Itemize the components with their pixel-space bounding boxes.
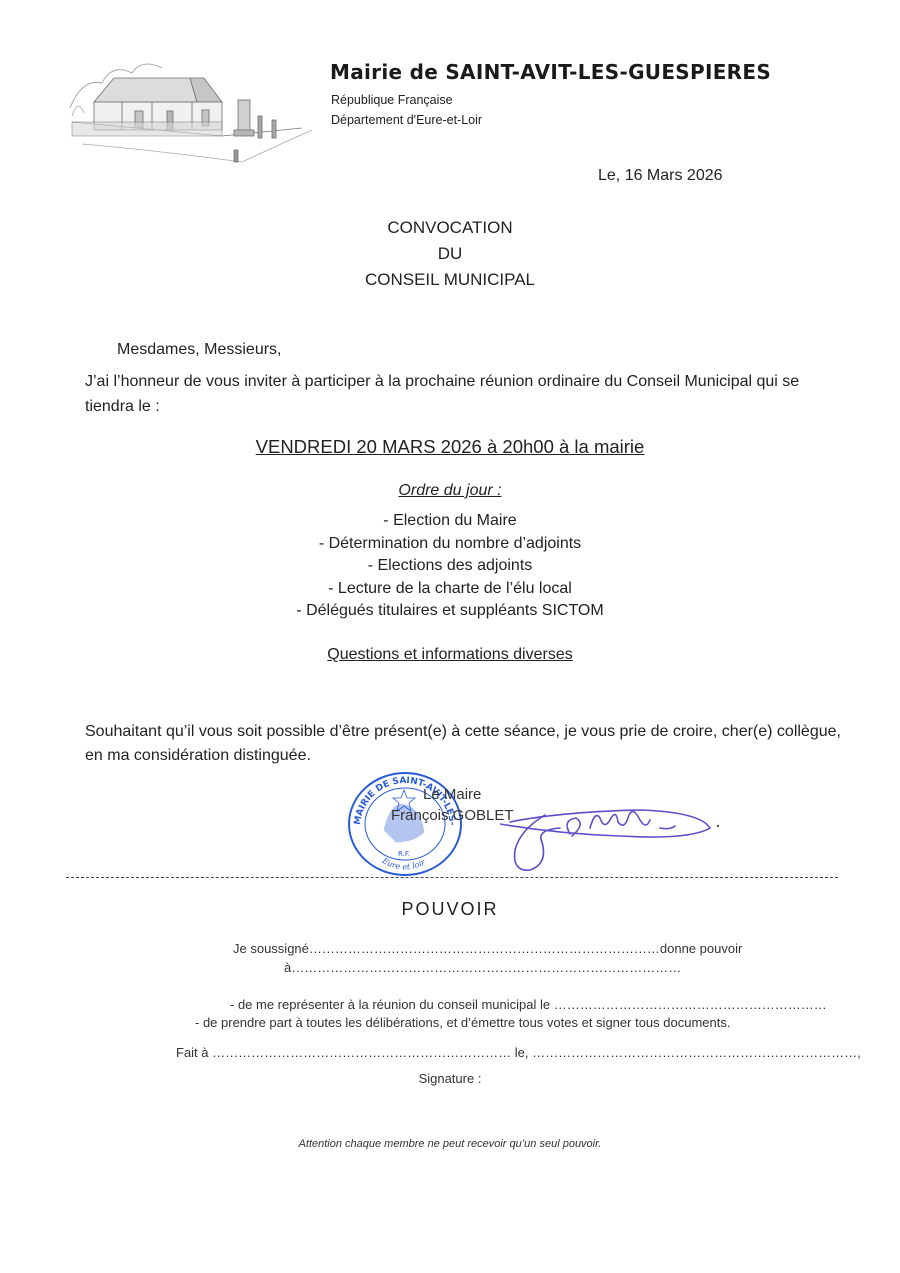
proxy-form-title: POUVOIR xyxy=(350,899,550,920)
title-line-3: CONSEIL MUNICIPAL xyxy=(300,267,600,293)
agenda-item: - Elections des adjoints xyxy=(200,555,700,578)
agenda-item: - Détermination du nombre d’adjoints xyxy=(200,533,700,556)
organization-title: Mairie de SAINT-AVIT-LES-GUESPIERES xyxy=(330,60,771,84)
town-hall-illustration xyxy=(62,38,318,168)
agenda-title: Ordre du jour : xyxy=(300,482,600,500)
made-at-label: Fait à xyxy=(176,1045,212,1060)
document-title: CONVOCATION DU CONSEIL MUNICIPAL xyxy=(300,215,600,293)
salutation: Mesdames, Messieurs, xyxy=(117,341,282,359)
meeting-date-time: VENDREDI 20 MARS 2026 à 20h00 à la mairi… xyxy=(150,436,750,458)
agenda-list: - Election du Maire - Détermination du n… xyxy=(200,510,700,623)
title-line-2: DU xyxy=(300,241,600,267)
agenda-item: - Election du Maire xyxy=(200,510,700,533)
meeting-date-field[interactable]: ……………………………………………………… xyxy=(554,997,827,1012)
proxy-line-represent: - de me représenter à la réunion du cons… xyxy=(230,997,827,1012)
signature-label: Signature : xyxy=(300,1071,600,1086)
agenda-item: - Lecture de la charte de l’élu local xyxy=(200,578,700,601)
mayor-title: Le Maire xyxy=(423,786,481,803)
document-date: Le, 16 Mars 2026 xyxy=(598,167,723,185)
comma: , xyxy=(857,1045,861,1060)
agenda-item: - Délégués titulaires et suppléants SICT… xyxy=(200,600,700,623)
proxy-notice: Attention chaque membre ne peut recevoir… xyxy=(200,1138,700,1150)
represent-label: - de me représenter à la réunion du cons… xyxy=(230,997,554,1012)
undersigned-label: Je soussigné xyxy=(233,941,309,956)
undersigned-name-field[interactable]: ……………………………………………………………………… xyxy=(309,941,660,956)
mayor-name: François GOBLET xyxy=(391,807,514,824)
handwritten-signature xyxy=(500,790,730,880)
proxy-line-undersigned: Je soussigné………………………………………………………………………d… xyxy=(233,941,742,956)
proxy-line-recipient: à……………………………………………………………………………… xyxy=(284,960,681,975)
organization-subtitle-department: Département d'Eure-et-Loir xyxy=(331,113,482,127)
proxy-line-place-date: Fait à …………………………………………………………… le, ……………… xyxy=(176,1045,861,1060)
intro-paragraph: J’ai l’honneur de vous inviter à partici… xyxy=(85,369,835,419)
organization-subtitle-republic: République Française xyxy=(331,93,453,107)
recipient-name-field[interactable]: ……………………………………………………………………………… xyxy=(291,960,681,975)
proxy-line-deliberations: - de prendre part à toutes les délibérat… xyxy=(195,1015,730,1030)
date-label: le, xyxy=(511,1045,532,1060)
cut-line-divider xyxy=(66,877,838,878)
title-line-1: CONVOCATION xyxy=(300,215,600,241)
gives-power-label: donne pouvoir xyxy=(660,941,742,956)
closing-paragraph: Souhaitant qu’il vous soit possible d’êt… xyxy=(85,720,845,768)
stamp-text-mid: R.F. xyxy=(398,850,410,858)
place-field[interactable]: …………………………………………………………… xyxy=(212,1045,511,1060)
date-field[interactable]: ………………………………………………………………… xyxy=(532,1045,857,1060)
questions-heading: Questions et informations diverses xyxy=(250,646,650,664)
